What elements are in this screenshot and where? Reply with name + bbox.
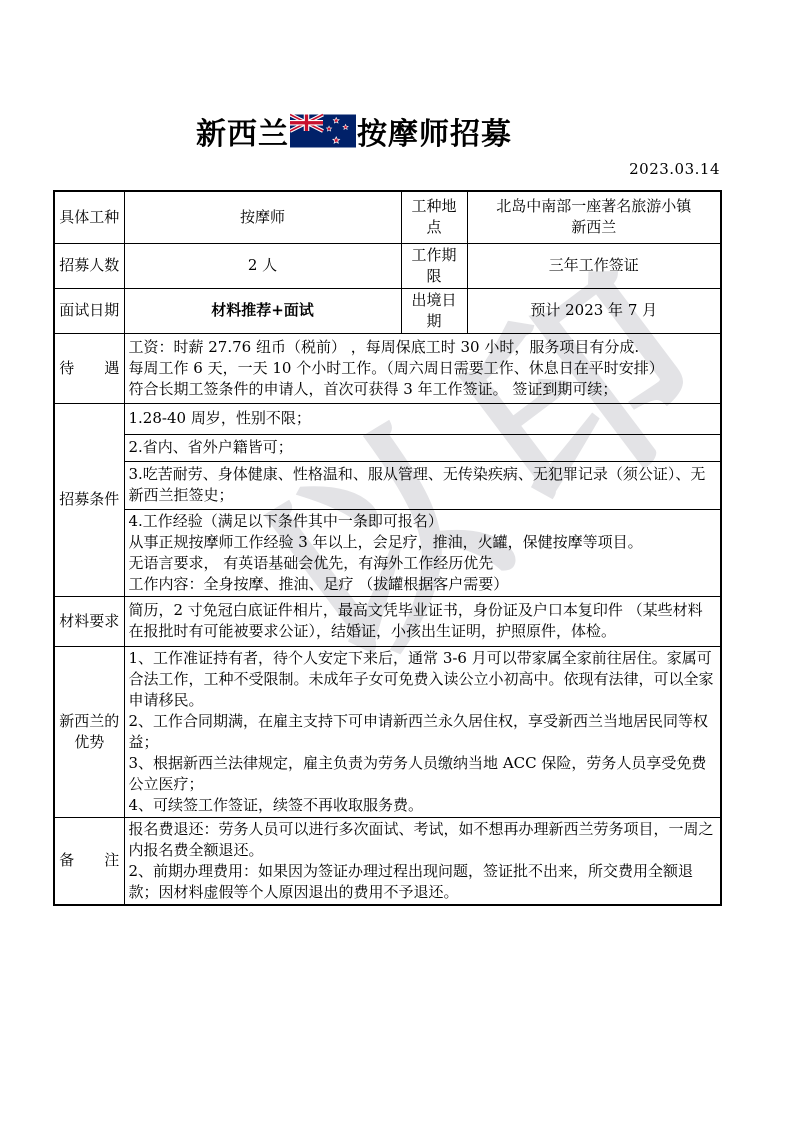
advantages-content: 1、工作准证持有者，待个人安定下来后，通常 3-6 月可以带家属全家前往居住。家… [124, 646, 721, 817]
treatment-line: 每周工作 6 天，一天 10 个小时工作。（周六周日需要工作、休息日在平时安排） [129, 358, 717, 379]
treatment-line: 工资：时薪 27.76 纽币（税前） ，每周保底工时 30 小时，服务项目有分成… [129, 337, 717, 358]
value-work-period: 三年工作签证 [467, 243, 721, 288]
condition-item-3: 3.吃苦耐劳、身体健康、性格温和、服从管理、无传染疾病、无犯罪记录（须公证）、无… [124, 461, 721, 509]
value-recruit-count: 2 人 [124, 243, 401, 288]
table-row: 4.工作经验（满足以下条件其中一条即可报名） 从事正规按摩师工作经验 3 年以上… [54, 509, 721, 596]
condition-item-1: 1.28-40 周岁，性别不限； [124, 403, 721, 434]
condition-item-4-line: 工作内容：全身按摩、推油、足疗 （拔罐根据客户需要） [129, 574, 717, 595]
remark-line: 2、前期办理费用：如果因为签证办理过程出现问题，签证批不出来，所交费用全额退款；… [129, 861, 717, 903]
recruitment-table: 具体工种 按摩师 工种地点 北岛中南部一座著名旅游小镇 新西兰 招募人数 2 人… [53, 190, 722, 906]
label-materials: 材料要求 [54, 596, 124, 646]
label-recruit-count: 招募人数 [54, 243, 124, 288]
document-page: 以印 新西兰 [0, 0, 793, 1122]
job-location-line2: 新西兰 [472, 217, 717, 238]
label-work-period: 工作期限 [401, 243, 467, 288]
condition-item-4-line: 从事正规按摩师工作经验 3 年以上，会足疗，推油，火罐，保健按摩等项目。 [129, 532, 717, 553]
document-title: 新西兰 [196, 106, 512, 156]
treatment-line: 符合长期工签条件的申请人，首次可获得 3 年工作签证。 签证到期可续； [129, 379, 717, 400]
treatment-content: 工资：时薪 27.76 纽币（税前） ，每周保底工时 30 小时，服务项目有分成… [124, 333, 721, 403]
new-zealand-flag-icon [290, 110, 356, 152]
advantage-line: 3、根据新西兰法律规定，雇主负责为劳务人员缴纳当地 ACC 保险，劳务人员享受免… [129, 753, 717, 795]
table-row: 3.吃苦耐劳、身体健康、性格温和、服从管理、无传染疾病、无犯罪记录（须公证）、无… [54, 461, 721, 509]
label-advantages: 新西兰的优势 [54, 646, 124, 817]
remark-line: 报名费退还：劳务人员可以进行多次面试、考试，如不想再办理新西兰劳务项目，一周之内… [129, 819, 717, 861]
table-row: 招募条件 1.28-40 周岁，性别不限； [54, 403, 721, 434]
label-conditions: 招募条件 [54, 403, 124, 596]
document-date: 2023.03.14 [53, 160, 720, 178]
condition-item-2: 2.省内、省外户籍皆可； [124, 434, 721, 461]
table-row: 招募人数 2 人 工作期限 三年工作签证 [54, 243, 721, 288]
value-departure-date: 预计 2023 年 7 月 [467, 288, 721, 333]
condition-item-4-line: 无语言要求， 有英语基础会优先，有海外工作经历优先 [129, 553, 717, 574]
advantage-line: 2、工作合同期满，在雇主支持下可申请新西兰永久居住权，享受新西兰当地居民同等权益… [129, 711, 717, 753]
value-interview-date: 材料推荐+面试 [124, 288, 401, 333]
title-suffix: 按摩师招募 [357, 109, 512, 153]
table-row: 具体工种 按摩师 工种地点 北岛中南部一座著名旅游小镇 新西兰 [54, 191, 721, 243]
label-departure-date: 出境日期 [401, 288, 467, 333]
advantage-line: 4、可续签工作签证，续签不再收取服务费。 [129, 795, 717, 816]
job-location-line1: 北岛中南部一座著名旅游小镇 [472, 196, 717, 217]
table-row: 待 遇 工资：时薪 27.76 纽币（税前） ，每周保底工时 30 小时，服务项… [54, 333, 721, 403]
condition-item-4-line: 4.工作经验（满足以下条件其中一条即可报名） [129, 511, 717, 532]
condition-item-4: 4.工作经验（满足以下条件其中一条即可报名） 从事正规按摩师工作经验 3 年以上… [124, 509, 721, 596]
remarks-content: 报名费退还：劳务人员可以进行多次面试、考试，如不想再办理新西兰劳务项目，一周之内… [124, 817, 721, 905]
label-job-type: 具体工种 [54, 191, 124, 243]
label-treatment: 待 遇 [54, 333, 124, 403]
table-row: 2.省内、省外户籍皆可； [54, 434, 721, 461]
label-interview-date: 面试日期 [54, 288, 124, 333]
title-prefix: 新西兰 [196, 109, 289, 153]
table-row: 备 注 报名费退还：劳务人员可以进行多次面试、考试，如不想再办理新西兰劳务项目，… [54, 817, 721, 905]
label-job-location: 工种地点 [401, 191, 467, 243]
value-job-location: 北岛中南部一座著名旅游小镇 新西兰 [467, 191, 721, 243]
table-row: 新西兰的优势 1、工作准证持有者，待个人安定下来后，通常 3-6 月可以带家属全… [54, 646, 721, 817]
table-row: 面试日期 材料推荐+面试 出境日期 预计 2023 年 7 月 [54, 288, 721, 333]
table-row: 材料要求 简历，2 寸免冠白底证件相片，最高文凭毕业证书，身份证及户口本复印件 … [54, 596, 721, 646]
advantage-line: 1、工作准证持有者，待个人安定下来后，通常 3-6 月可以带家属全家前往居住。家… [129, 648, 717, 711]
value-job-type: 按摩师 [124, 191, 401, 243]
label-remarks: 备 注 [54, 817, 124, 905]
materials-content: 简历，2 寸免冠白底证件相片，最高文凭毕业证书，身份证及户口本复印件 （某些材料… [124, 596, 721, 646]
